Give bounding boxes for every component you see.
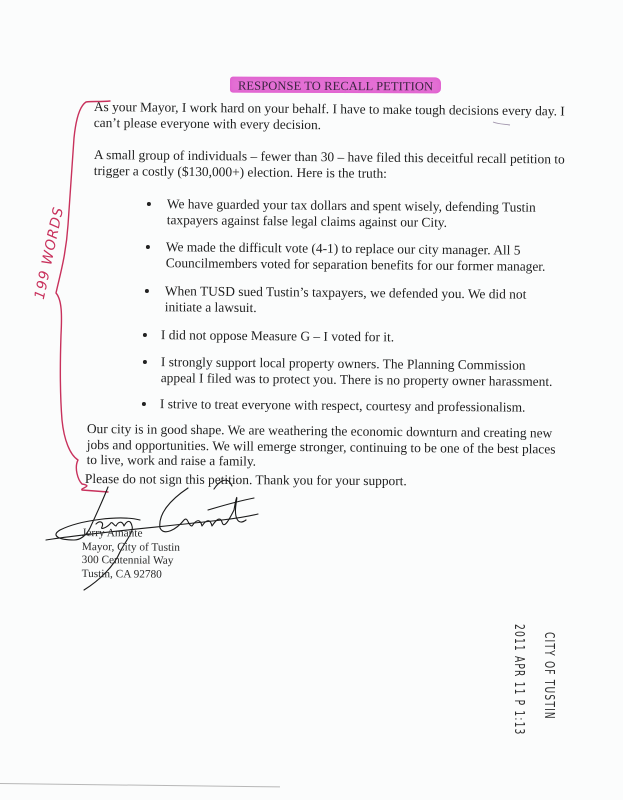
signature-block: Jerry Amante Mayor, City of Tustin 300 C… [82,527,181,582]
closing-paragraph: Our city is in good shape. We are weathe… [87,421,556,472]
stamp-datetime: 2011 APR 11 P 1:13 [511,624,526,736]
bullet-dot-icon [147,202,151,206]
stamp-agency: CITY OF TUSTIN [541,632,556,720]
signer-title: Mayor, City of Tustin [82,540,180,554]
intro-paragraph: As your Mayor, I work hard on your behal… [94,99,565,135]
text-line: I strive to treat everyone with respect,… [160,396,526,415]
text-line: appeal I filed was to protect you. There… [161,370,553,389]
text-line: I did not oppose Measure G – I voted for… [161,327,394,345]
document-title: RESPONSE TO RECALL PETITION [238,79,433,94]
bullet-dot-icon [145,289,149,293]
petition-paragraph: A small group of individuals – fewer tha… [94,147,565,183]
bullet-dot-icon [142,402,146,406]
signer-name: Jerry Amante [82,527,180,541]
text-line: Councilmembers voted for separation bene… [166,255,546,274]
final-request: Please do not sign this petition. Thank … [85,471,407,489]
address-line-2: Tustin, CA 92780 [82,567,180,581]
word-count-annotation: 199 WORDS [32,209,74,302]
bullet-dot-icon [146,245,150,249]
bullet-dot-icon [143,360,147,364]
title-highlight: RESPONSE TO RECALL PETITION [230,77,441,94]
scanned-page: 199 WORDS RESPONSE TO RECALL PETITION As… [0,0,623,800]
scan-edge-line [0,783,280,787]
received-date-stamp: CITY OF TUSTIN 2011 APR 11 P 1:13 [502,620,562,800]
bullet-dot-icon [143,333,147,337]
address-line-1: 300 Centennial Way [82,554,180,568]
